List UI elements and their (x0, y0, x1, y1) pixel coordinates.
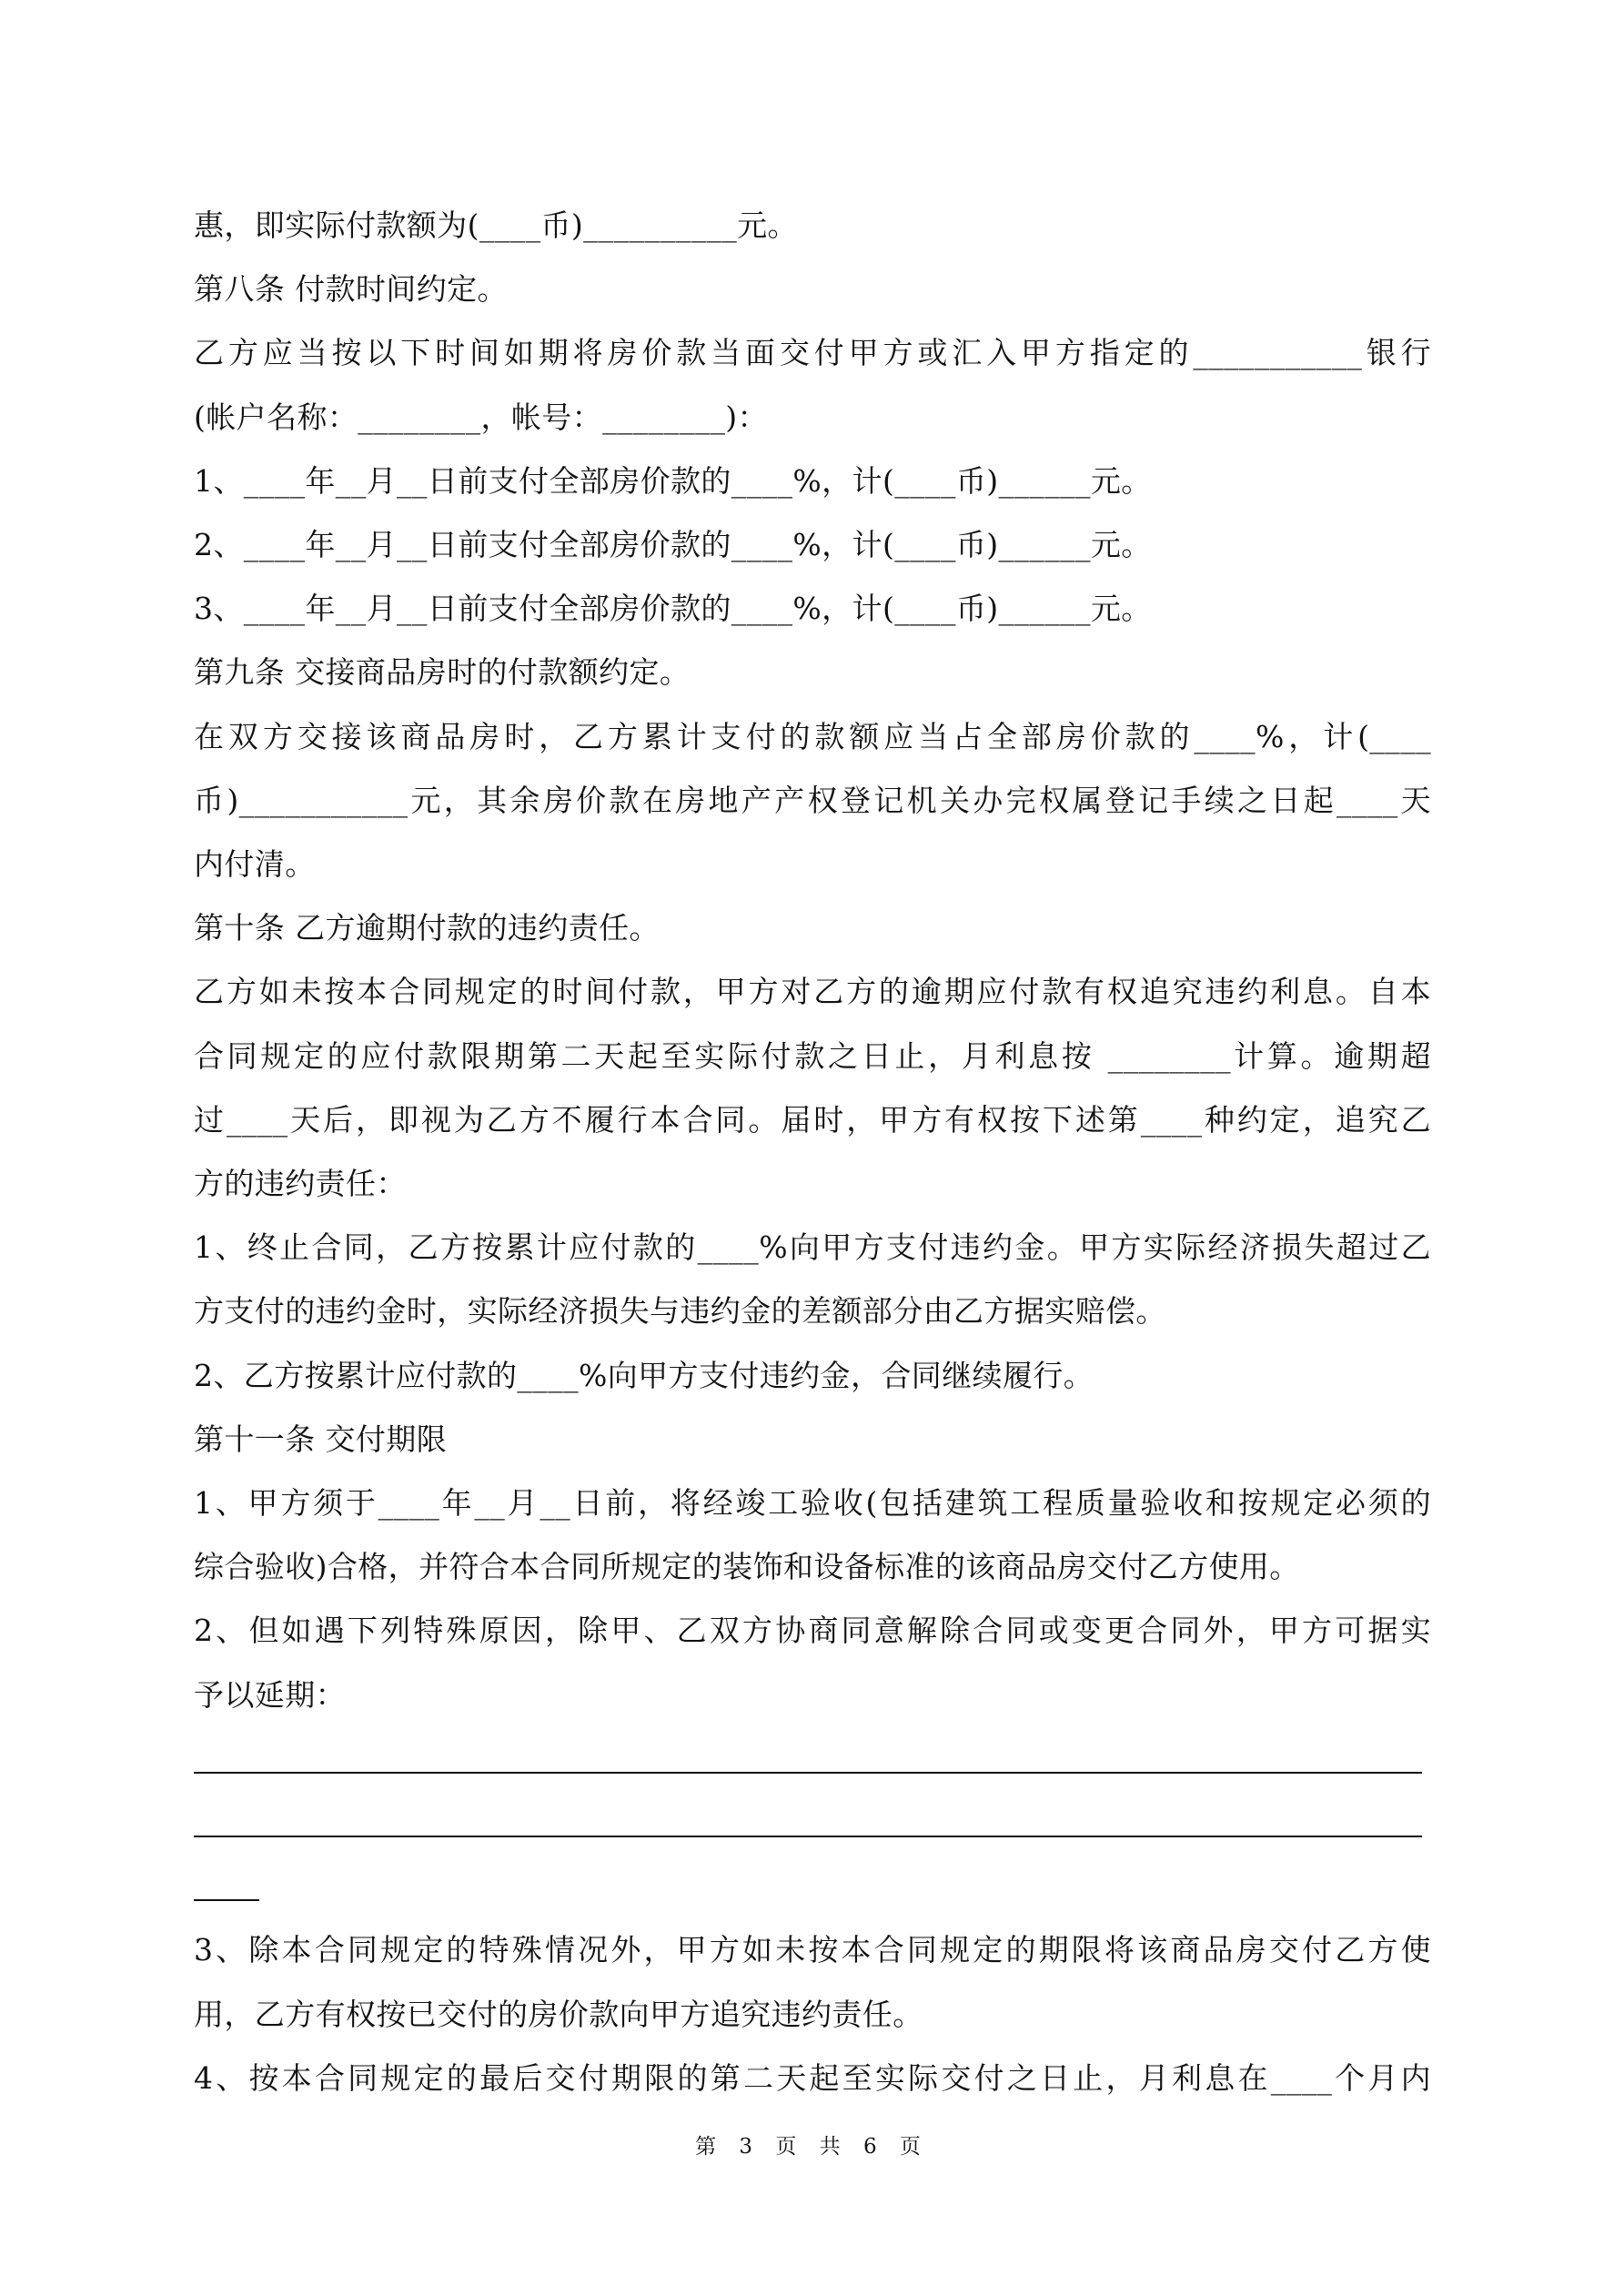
text-line: 1、甲方须于____年__月__日前，将经竣工验收(包括建筑工程质量验收和按规定… (194, 1485, 1431, 1522)
text-line: 2、____年__月__日前支付全部房价款的____%，计(____币)____… (194, 527, 1431, 563)
text-line: 内付清。 (194, 846, 1431, 883)
text-line: 予以延期： (194, 1677, 1431, 1714)
text-line: (帐户名称：________，帐号：________)： (194, 400, 1431, 436)
text-line: 合同规定的应付款限期第二天起至实际付款之日止，月利息按 ________计算。逾… (194, 1038, 1431, 1075)
text-line: 2、乙方按累计应付款的____%向甲方支付违约金，合同继续履行。 (194, 1358, 1431, 1394)
text-line: 3、除本合同规定的特殊情况外，甲方如未按本合同规定的期限将该商品房交付乙方使 (194, 1932, 1431, 1968)
text-line: 1、终止合同，乙方按累计应付款的____%向甲方支付违约金。甲方实际经济损失超过… (194, 1229, 1431, 1266)
text-line: 用，乙方有权按已交付的房价款向甲方追究违约责任。 (194, 1997, 1431, 2033)
text-line: 第九条 交接商品房时的付款额约定。 (194, 654, 1431, 691)
blank-fill-line (194, 1772, 1422, 1774)
text-line: 币)___________元，其余房价款在房地产产权登记机关办完权属登记手续之日… (194, 783, 1431, 819)
blank-fill-line (194, 1836, 1422, 1837)
text-line: 2、但如遇下列特殊原因，除甲、乙双方协商同意解除合同或变更合同外，甲方可据实 (194, 1613, 1431, 1649)
text-line: 4、按本合同规定的最后交付期限的第二天起至实际交付之日止，月利息在____个月内 (194, 2060, 1431, 2097)
text-line: 过____天后，即视为乙方不履行本合同。届时，甲方有权按下述第____种约定，追… (194, 1102, 1431, 1138)
text-line: 方的违约责任： (194, 1166, 1431, 1202)
page-footer: 第 3 页 共 6 页 (0, 2129, 1624, 2159)
text-line: 第十一条 交付期限 (194, 1421, 1431, 1458)
text-line: 第八条 付款时间约定。 (194, 271, 1431, 308)
text-line: 乙方如未按本合同规定的时间付款，甲方对乙方的逾期应付款有权追究违约利息。自本 (194, 974, 1431, 1010)
text-line: 方支付的违约金时，实际经济损失与违约金的差额部分由乙方据实赔偿。 (194, 1293, 1431, 1330)
text-line: 综合验收)合格，并符合本合同所规定的装饰和设备标准的该商品房交付乙方使用。 (194, 1549, 1431, 1585)
text-line: 1、____年__月__日前支付全部房价款的____%，计(____币)____… (194, 463, 1431, 500)
text-line: 在双方交接该商品房时，乙方累计支付的款额应当占全部房价款的____%，计(___… (194, 719, 1431, 755)
blank-fill-line (194, 1899, 259, 1901)
document-page: 惠，即实际付款额为(____币)__________元。第八条 付款时间约定。乙… (0, 0, 1624, 2296)
text-line: 第十条 乙方逾期付款的违约责任。 (194, 910, 1431, 946)
text-line: 3、____年__月__日前支付全部房价款的____%，计(____币)____… (194, 591, 1431, 627)
text-line: 乙方应当按以下时间如期将房价款当面交付甲方或汇入甲方指定的___________… (194, 335, 1431, 371)
text-line: 惠，即实际付款额为(____币)__________元。 (194, 207, 1431, 244)
